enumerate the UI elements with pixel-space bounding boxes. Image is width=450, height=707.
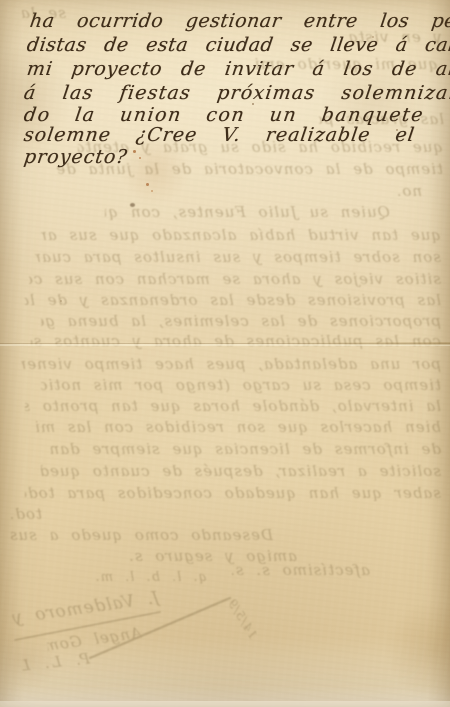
bleedthrough-line: la intervalo, dándole horas que tan pron… bbox=[25, 397, 441, 416]
stain-blotch bbox=[385, 600, 450, 700]
bleedthrough-line: de informes de licencias que siempre dan bbox=[21, 440, 441, 459]
bleedthrough-line: las provisiones desde las ordenanzas y d… bbox=[25, 291, 441, 310]
bleedthrough-line: que tan virtud había alcanzado que sus a… bbox=[41, 226, 441, 245]
bleedthrough-line: sitios viejos y ahora se marchan con sus… bbox=[29, 270, 441, 289]
bleedthrough-line: bien hacerlos que son recibidos con las … bbox=[36, 418, 441, 437]
bleedthrough-closing: q. l. b. l. m. bbox=[91, 570, 207, 589]
fold-crease bbox=[0, 343, 450, 347]
bleedthrough-signature: J. Valdemoro y bbox=[11, 588, 160, 627]
ink-line-6: solemne ¿Cree V. realizable el bbox=[22, 124, 416, 146]
bottom-edge-strip bbox=[0, 701, 450, 707]
bleedthrough-line: proporciones de las celemines, la buena … bbox=[41, 312, 441, 331]
ink-line-1: ha ocurrido gestionar entre los perio- bbox=[28, 10, 450, 32]
bleedthrough-line: por una adelantada, pues hace tiempo vie… bbox=[21, 355, 441, 374]
bleedthrough-line: afectísimo s. s. bbox=[232, 561, 370, 580]
bleedthrough-line: Deseando como quedo a sus afectos bbox=[11, 526, 273, 545]
ink-smudge bbox=[130, 203, 135, 207]
bleedthrough-line: son sobre tiempos y sus insultos para cu… bbox=[35, 248, 441, 267]
ink-line-4: á las fiestas próximas solemnizan- bbox=[22, 82, 450, 104]
foxing-speck bbox=[151, 190, 153, 192]
stain-blotch bbox=[0, 630, 60, 690]
foxing-speck bbox=[139, 157, 141, 159]
bleedthrough-initials: P. L. L. bbox=[21, 649, 91, 675]
ink-line-3: mi proyecto de invitar á los de ahí bbox=[25, 58, 450, 80]
ink-line-5: do la union con un banquete bbox=[22, 104, 425, 126]
bleedthrough-line: Quien su Julio Fuentes, con que bbox=[105, 203, 390, 222]
bleedthrough-line: amigo y seguro s. bbox=[107, 547, 297, 566]
bleedthrough-line: no. bbox=[388, 182, 422, 201]
paper-highlight bbox=[70, 330, 390, 550]
bleedthrough-line: tiempo cesa su cargo (tengo por mis noti… bbox=[41, 376, 441, 395]
letter-page: se la gra y en vista de los que mi queri… bbox=[0, 0, 450, 707]
foxing-speck bbox=[60, 300, 62, 302]
ink-line-7: proyecto? bbox=[22, 146, 129, 168]
foxing-speck bbox=[133, 150, 136, 153]
fold-crease-shadow bbox=[285, 342, 450, 345]
bleedthrough-line: con las publicaciones de ahora y cuantos… bbox=[31, 332, 441, 351]
foxing-speck bbox=[146, 183, 149, 186]
bleedthrough-line: saber que han quedado concedidos para to… bbox=[25, 484, 441, 503]
bleedthrough-line: solicite a realizar, después de cuanto q… bbox=[41, 462, 441, 481]
bleedthrough-line: tod. bbox=[8, 505, 42, 524]
ink-line-2: distas de esta ciudad se lleve á cabo bbox=[25, 34, 450, 56]
bleedthrough-date: 14/5/97 bbox=[220, 595, 260, 644]
signature-flourish bbox=[10, 592, 235, 667]
bleedthrough-signature: Angel Gomez bbox=[46, 623, 143, 655]
